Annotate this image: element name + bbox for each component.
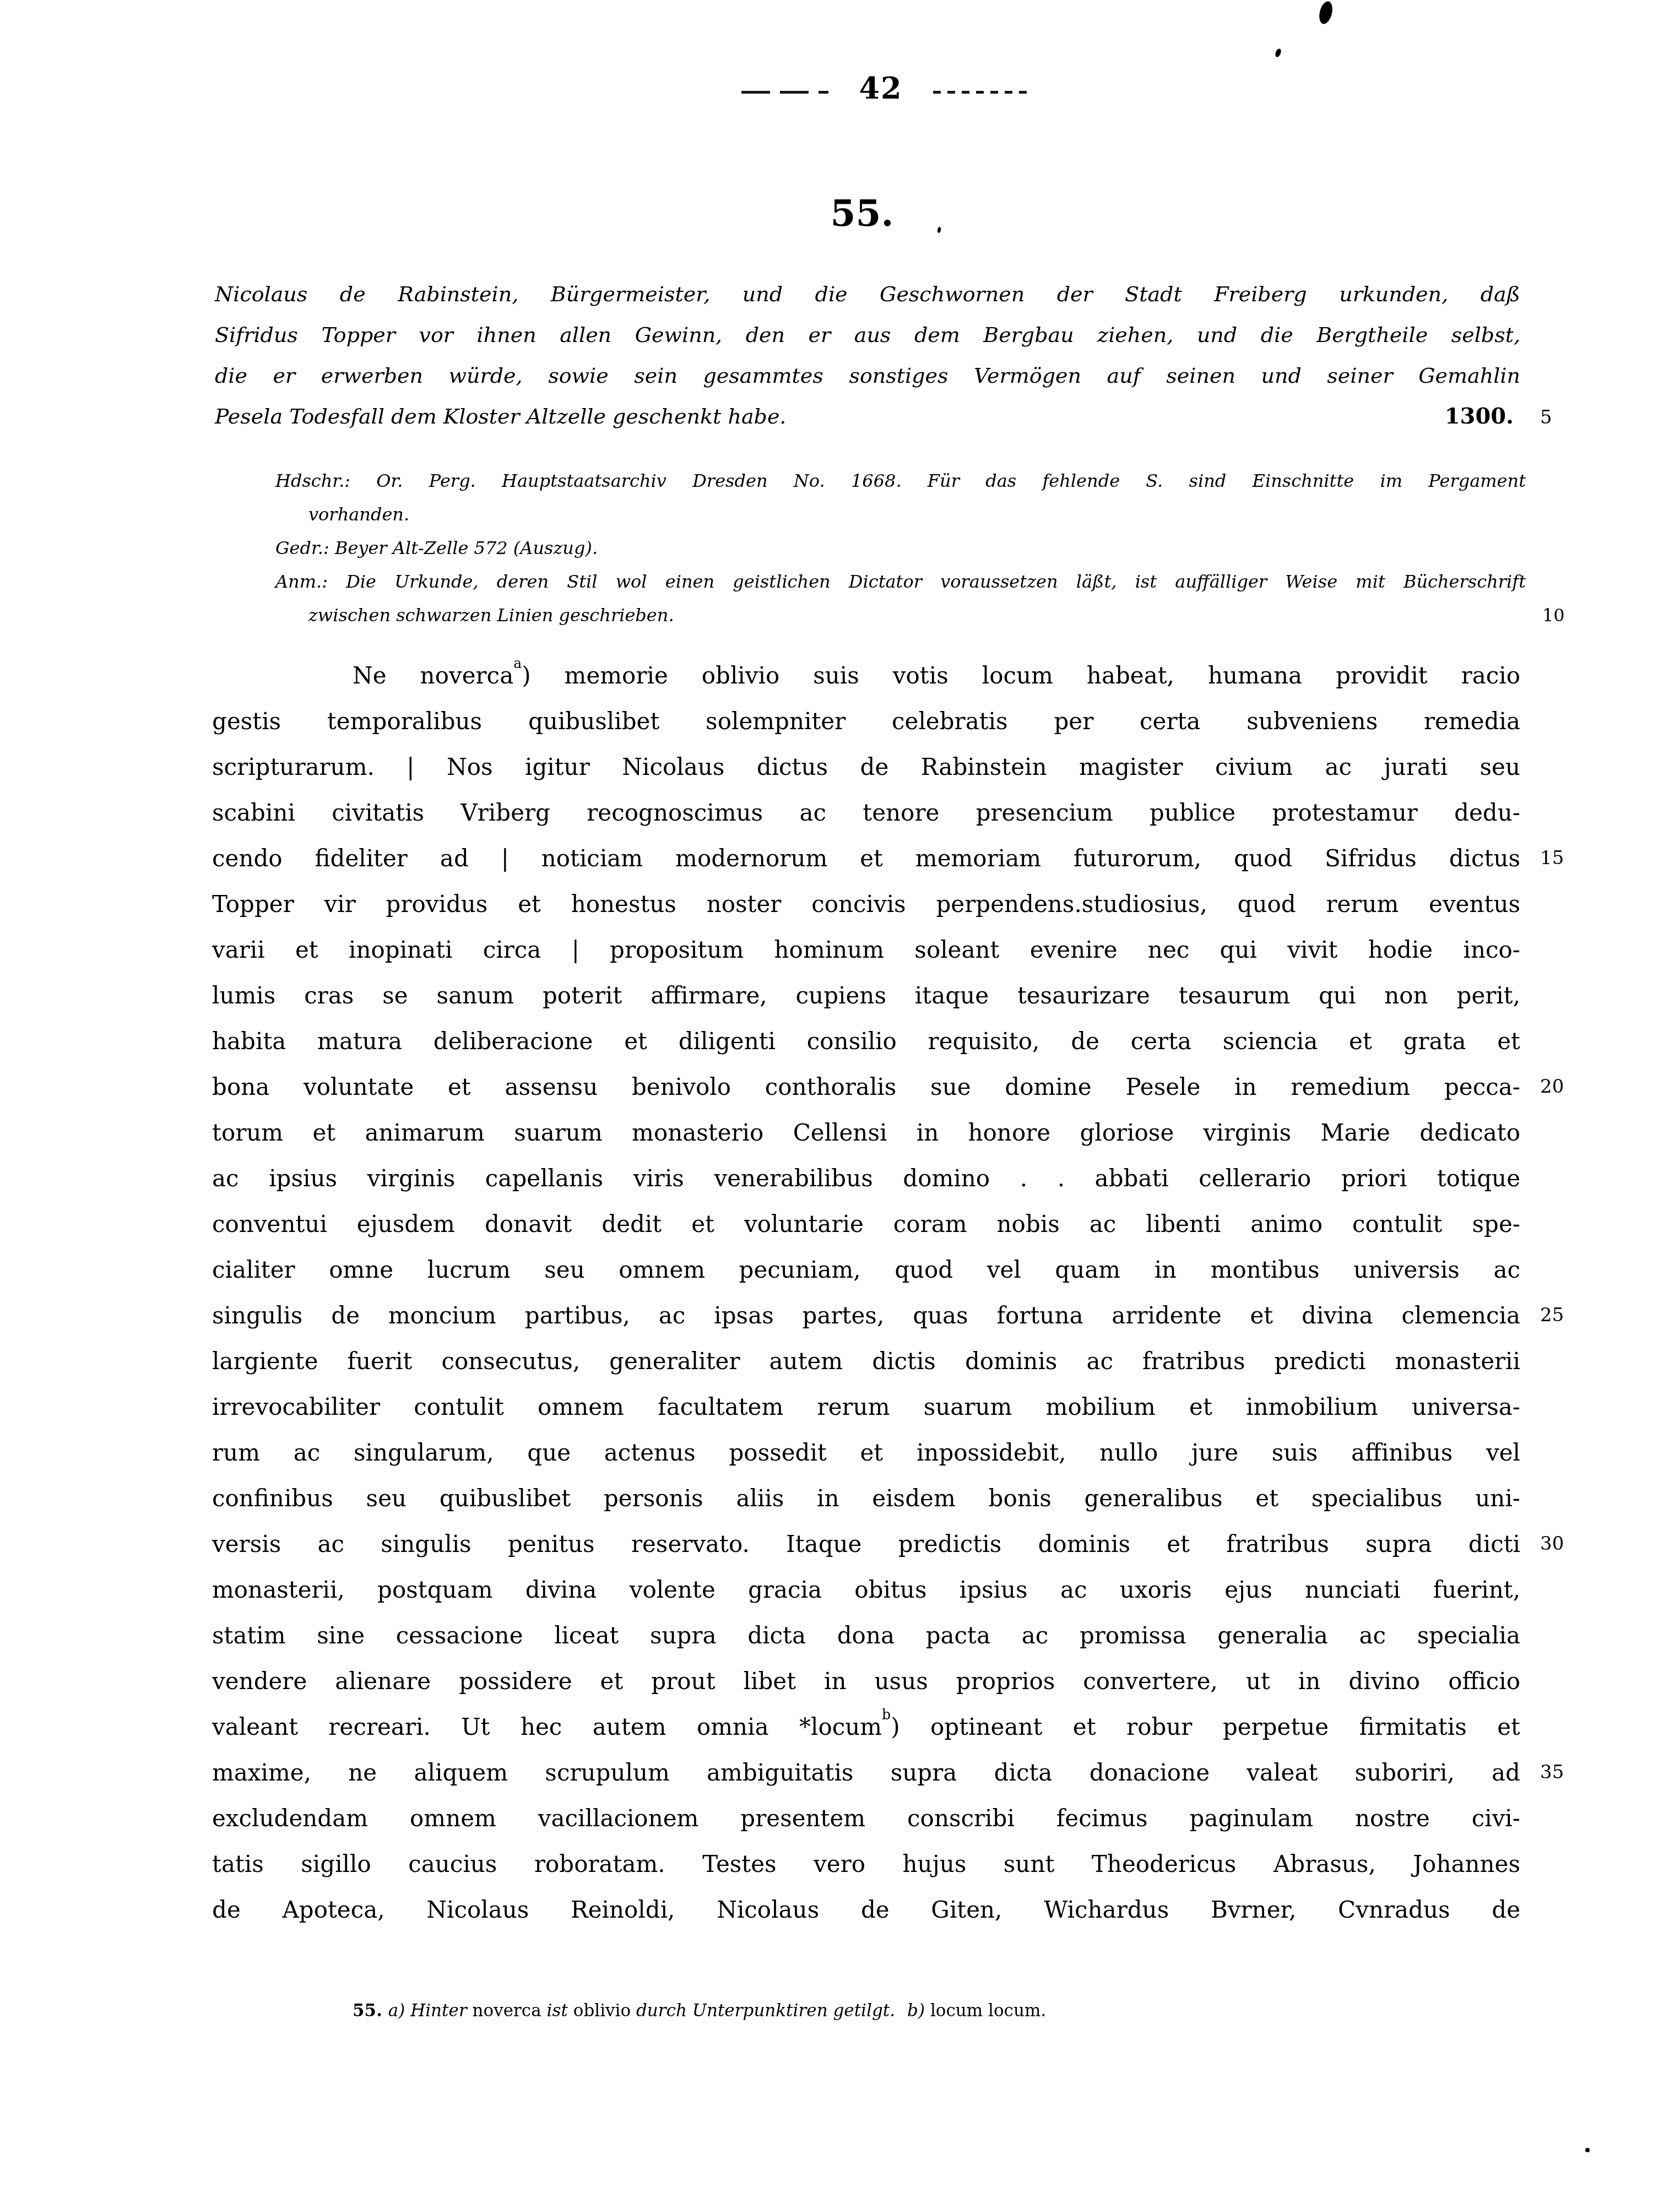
regest-last-line: Pesela Todesfall dem Kloster Altzelle ge…	[215, 396, 1520, 437]
charter-text-line: largiente fuerit consecutus, generaliter…	[212, 1338, 1520, 1384]
footnote-part: b)	[895, 2001, 930, 2021]
apparatus-line: Hdschr.: Or. Perg. Hauptstaatsarchiv Dre…	[275, 464, 1526, 498]
footnote-part-text: oblivio	[573, 2001, 636, 2021]
charter-text: Ne novercaa) memorie oblivio suis votis …	[212, 653, 1520, 1933]
charter-text-line: irrevocabiliter contulit omnem facultate…	[212, 1384, 1520, 1430]
charter-text-line: valeant recreari. Ut hec autem omnia *lo…	[212, 1704, 1520, 1750]
charter-text-line: rum ac singularum, que actenus possedit …	[212, 1430, 1520, 1475]
ink-smudge	[1274, 48, 1282, 58]
footnote-part: Hinter	[410, 2001, 472, 2021]
footnote: 55. a) Hinter noverca ist oblivio durch …	[353, 1998, 1564, 2023]
apparatus-line-text: zwischen schwarzen Linien geschrieben.	[275, 599, 1526, 632]
charter-text-line: excludendam omnem vacillacionem presente…	[212, 1795, 1520, 1841]
apparatus-block: Hdschr.: Or. Perg. Hauptstaatsarchiv Dre…	[275, 464, 1526, 632]
charter-text-line: cialiter omne lucrum seu omnem pecuniam,…	[212, 1247, 1520, 1293]
charter-text-line: cendo fideliter ad | noticiam modernorum…	[212, 835, 1520, 881]
footnote-part-text: b)	[907, 1998, 930, 2023]
regest-line: Sifridus Topper vor ihnen allen Gewinn, …	[215, 314, 1520, 355]
apparatus-line: vorhanden.	[275, 498, 1526, 531]
margin-line-number: 15	[1540, 835, 1564, 881]
charter-text-line: singulis de moncium partibus, ac ipsas p…	[212, 1293, 1520, 1338]
footnote-part-text: ist	[547, 2001, 573, 2021]
charter-text-line: monasterii, postquam divina volente grac…	[212, 1567, 1520, 1613]
apparatus-line: zwischen schwarzen Linien geschrieben. 1…	[275, 599, 1526, 632]
footnote-part-text: locum locum.	[930, 2001, 1046, 2021]
regest-line: die er erwerben würde, sowie sein gesamm…	[215, 355, 1520, 396]
apparatus-line-text: vorhanden.	[275, 498, 1526, 531]
charter-text-line: bona voluntate et assensu benivolo conth…	[212, 1064, 1520, 1110]
running-head: 42	[44, 70, 1680, 106]
apparatus-line: Anm.: Die Urkunde, deren Stil wol einen …	[275, 565, 1526, 599]
apparatus-line-text: Gedr.: Beyer Alt-Zelle 572 (Auszug).	[275, 531, 1526, 565]
page-number: 42	[859, 70, 902, 106]
header-rule-left	[741, 91, 828, 94]
footnote-part: 55.	[353, 2001, 388, 2021]
margin-line-number: 20	[1540, 1064, 1564, 1110]
margin-line-number: 30	[1540, 1521, 1564, 1567]
footnote-part: ist	[547, 2001, 573, 2021]
scanned-document-page: 42 55. Nicolaus de Rabinstein, Bürgermei…	[0, 0, 1680, 2209]
charter-text-line: statim sine cessacione liceat supra dict…	[212, 1613, 1520, 1658]
footnote-part: noverca	[473, 2001, 547, 2021]
footnote-part: durch Unterpunktiren getilgt.	[636, 2001, 895, 2021]
charter-date: 1300.	[1445, 396, 1514, 437]
footnote-part: locum locum.	[930, 2001, 1046, 2021]
footnote-part-text: 55.	[353, 2001, 388, 2021]
charter-text-line: varii et inopinati circa | propositum ho…	[212, 927, 1520, 973]
margin-line-number: 35	[1540, 1750, 1564, 1795]
charter-text-line: scripturarum. | Nos igitur Nicolaus dict…	[212, 744, 1520, 790]
footnote-part-text: Hinter	[410, 2001, 472, 2021]
charter-text-line: tatis sigillo caucius roboratam. Testes …	[212, 1841, 1520, 1887]
charter-text-line: maxime, ne aliquem scrupulum ambiguitati…	[212, 1750, 1520, 1795]
charter-text-line: de Apoteca, Nicolaus Reinoldi, Nicolaus …	[212, 1887, 1520, 1933]
footnote-part-text: durch Unterpunktiren getilgt.	[636, 2001, 895, 2021]
charter-text-line: scabini civitatis Vriberg recognoscimus …	[212, 790, 1520, 835]
margin-line-number: 5	[1540, 397, 1552, 438]
footnote-part-text: a)	[388, 2001, 410, 2021]
footnote-part: oblivio	[573, 2001, 636, 2021]
charter-line-text: de Apoteca, Nicolaus Reinoldi, Nicolaus …	[212, 1887, 1520, 1978]
charter-text-line: ac ipsius virginis capellanis viris vene…	[212, 1155, 1520, 1201]
margin-line-number: 25	[1540, 1293, 1564, 1338]
apparatus-line: Gedr.: Beyer Alt-Zelle 572 (Auszug).	[275, 531, 1526, 565]
charter-text-line: confinibus seu quibuslibet personis alii…	[212, 1475, 1520, 1521]
charter-text-line: lumis cras se sanum poterit affirmare, c…	[212, 973, 1520, 1018]
charter-text-line: conventui ejusdem donavit dedit et volun…	[212, 1201, 1520, 1247]
header-rule-right	[933, 91, 1027, 94]
charter-text-line: Ne novercaa) memorie oblivio suis votis …	[212, 653, 1520, 698]
charter-number: 55.	[22, 192, 1680, 235]
regest-line: Nicolaus de Rabinstein, Bürgermeister, u…	[215, 274, 1520, 314]
ink-smudge	[1585, 2148, 1590, 2152]
charter-text-line: versis ac singulis penitus reservato. It…	[212, 1521, 1520, 1567]
charter-text-line: habita matura deliberacione et diligenti…	[212, 1018, 1520, 1064]
footnote-part: a)	[388, 2001, 410, 2021]
charter-text-line: gestis temporalibus quibuslibet solempni…	[212, 698, 1520, 744]
margin-line-number: 10	[1542, 599, 1565, 632]
footnote-part-text: noverca	[473, 2001, 547, 2021]
charter-text-line: Topper vir providus et honestus noster c…	[212, 881, 1520, 927]
regest-last-text: Pesela Todesfall dem Kloster Altzelle ge…	[215, 404, 786, 428]
ink-smudge	[1317, 0, 1335, 25]
charter-text-line: vendere alienare possidere et prout libe…	[212, 1658, 1520, 1704]
regest: Nicolaus de Rabinstein, Bürgermeister, u…	[215, 274, 1520, 396]
charter-text-line: torum et animarum suarum monasterio Cell…	[212, 1110, 1520, 1155]
